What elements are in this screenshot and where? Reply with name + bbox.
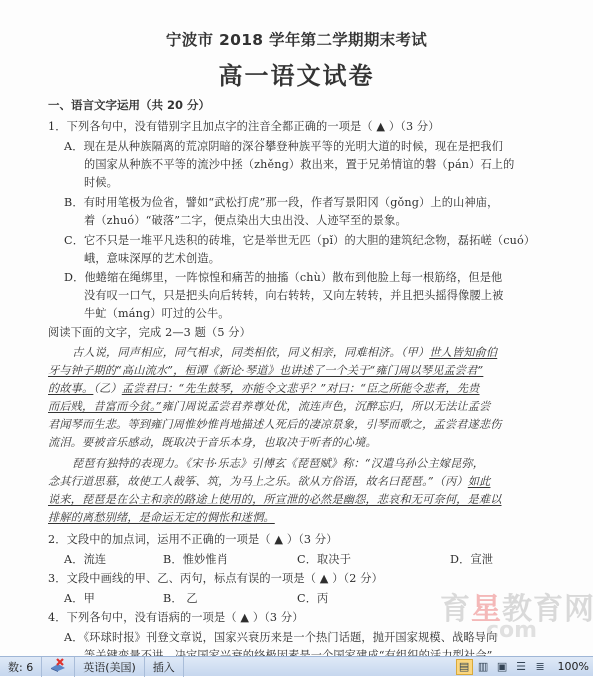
print-layout-icon: ▤: [459, 660, 469, 673]
status-bar: 数: 6 英语(美国) 插入 ▤ ▥ ▣ ☰ ≣ 100%: [0, 656, 593, 676]
q4-stem: 4．下列各句中，没有语病的一项是（ ▲ ）（3 分）: [48, 609, 304, 625]
q3-option-b: B． 乙: [163, 590, 198, 606]
q1-option-a-cont: 的国家从种族不平等的流沙中拯（zhěng）救出来，置于兄弟情谊的磐（pán）石上…: [84, 156, 514, 172]
passage-text: 念其行道思慕，故使工人裁筝、筑，为马上之乐。欲从方俗语，故名曰琵琶。”（丙）: [48, 475, 468, 488]
passage-text: 古人说，同声相应，同气相求，同类相依，同义相亲，同难相济。（甲）: [72, 346, 429, 359]
q4-option-a-cont: 等关键变量不讲，决定国家兴衰的终极因素是一个国家建成“有组织的活力型社会”，: [84, 647, 504, 656]
exam-title: 宁波市 2018 学年第二学期期末考试: [0, 28, 593, 50]
underlined-sentence-jia-end: 的故事。: [48, 382, 93, 395]
label-yi: （乙）: [93, 382, 121, 395]
passage-text: 雍门周说孟尝君养尊处优，流连声色，沉醉忘归，所以无法让孟尝: [162, 400, 491, 413]
q1-option-b-cont: 着（zhuó）“破落”二字，便点染出大虫出没、人迹罕至的景象。: [84, 212, 407, 228]
q1-option-c: C．它不只是一堆平凡迭积的砖堆，它是举世无匹（pǐ）的大胆的建筑纪念物，磊拓嵯（…: [64, 232, 535, 248]
reading-layout-icon: ▥: [478, 660, 488, 673]
q1-option-c-cont: 峨，意味深厚的艺术创造。: [84, 250, 220, 266]
underlined-sentence-jia-cont: 牙与钟子期的“高山流水”，桓谭《新论·琴道》也讲述了一个关于“雍门周以琴见孟尝君…: [48, 362, 483, 378]
q2-stem: 2．文段中的加点词，运用不正确的一项是（ ▲ ）（3 分）: [48, 531, 338, 547]
q2-option-a: A．流连: [64, 551, 106, 567]
passage-line: 君闻琴而生悲。等到雍门周惟妙惟肖地描述人死后的凄凉景象，引琴而歌之，孟尝君遂悲伤: [48, 416, 502, 432]
q1-option-d-cont: 没有叹一口气，只是把头向后转转，向右转转，又向左转转，并且把头摇得像腰上被: [84, 287, 504, 303]
draft-view-button[interactable]: ≣: [532, 659, 549, 675]
outline-icon: ☰: [516, 660, 526, 673]
q1-option-d: D．他蜷缩在绳绑里，一阵惊惶和痛苦的抽搐（chù）散布到他脸上每一根筋络，但是他: [64, 269, 502, 285]
language-indicator[interactable]: 英语(美国): [75, 657, 145, 677]
q3-option-a: A．甲: [64, 590, 95, 606]
draft-icon: ≣: [535, 660, 544, 673]
passage-line: 的故事。（乙）孟尝君曰：“先生鼓琴，亦能令文悲乎？”对曰：“臣之所能令悲者，先贵: [48, 380, 480, 396]
q2-option-b: B．惟妙惟肖: [163, 551, 228, 567]
reading-instruction: 阅读下面的文字，完成 2—3 题（5 分）: [48, 324, 251, 340]
q4-option-a: A．《环球时报》刊登文章说，国家兴衰历来是一个热门话题，抛开国家规模、战略导向: [64, 629, 497, 645]
underlined-sentence-bing-end: 排解的离愁别绪，是命运无定的惆怅和迷惘。: [48, 509, 275, 525]
q1-option-d-cont2: 牛虻（máng）叮过的公牛。: [84, 305, 230, 321]
underlined-sentence-yi: 孟尝君曰：“先生鼓琴，亦能令文悲乎？”对曰：“臣之所能令悲者，先贵: [122, 382, 480, 395]
document-page: 宁波市 2018 学年第二学期期末考试 高一语文试卷 一、语言文字运用（共 20…: [0, 0, 593, 656]
q1-option-a-cont2: 时候。: [84, 174, 118, 190]
insert-mode-indicator[interactable]: 插入: [145, 657, 184, 677]
spellcheck-error-icon: [50, 658, 66, 675]
q1-option-b: B．有时用笔极为俭省，譬如“武松打虎”那一段，作者写景阳冈（gǒng）上的山神庙…: [64, 194, 498, 210]
web-layout-view-button[interactable]: ▣: [494, 659, 511, 675]
outline-view-button[interactable]: ☰: [513, 659, 530, 675]
q3-stem: 3．文段中画线的甲、乙、丙句，标点有误的一项是（ ▲ ）（2 分）: [48, 570, 383, 586]
passage-line: 古人说，同声相应，同气相求，同类相依，同义相亲，同难相济。（甲）世人皆知俞伯: [72, 344, 497, 360]
exam-subtitle: 高一语文试卷: [0, 56, 593, 91]
watermark-url: com: [486, 618, 537, 643]
underlined-sentence-bing-cont: 说来，琵琶是在公主和亲的路途上使用的，所宣泄的必然是幽怨，悲哀和无可奈何，是难以: [48, 491, 502, 507]
passage-line: 流泪。要被音乐感动，既取决于音乐本身，也取决于听者的心境。: [48, 434, 377, 450]
underlined-sentence-jia: 世人皆知俞伯: [429, 346, 497, 359]
section-heading: 一、语言文字运用（共 20 分）: [48, 97, 210, 113]
underlined-sentence-bing: 如此: [468, 475, 491, 488]
full-screen-reading-view-button[interactable]: ▥: [475, 659, 492, 675]
q3-option-c: C．丙: [297, 590, 328, 606]
q1-stem: 1．下列各句中，没有错别字且加点字的注音全都正确的一项是（ ▲ ）（3 分）: [48, 118, 440, 134]
underlined-sentence-yi-end: 而后贱，昔富而今贫。”: [48, 400, 162, 413]
print-layout-view-button[interactable]: ▤: [456, 659, 473, 675]
q2-option-d: D．宣泄: [450, 551, 493, 567]
passage-line: 念其行道思慕，故使工人裁筝、筑，为马上之乐。欲从方俗语，故名曰琵琶。”（丙）如此: [48, 473, 490, 489]
proofing-status[interactable]: [42, 657, 75, 677]
zoom-level[interactable]: 100%: [550, 660, 593, 673]
word-count[interactable]: 数: 6: [0, 657, 42, 677]
watermark-text: 育: [440, 592, 471, 627]
q2-option-c: C．取决于: [297, 551, 351, 567]
passage-line: 琵琶有独特的表现力。《宋书·乐志》引傅玄《琵琶赋》称：“汉遣乌孙公主嫁昆弥，: [72, 455, 484, 471]
web-layout-icon: ▣: [497, 660, 507, 673]
q1-option-a: A．现在是从种族隔离的荒凉阴暗的深谷攀登种族平等的光明大道的时候，现在是把我们: [64, 138, 503, 154]
passage-line: 而后贱，昔富而今贫。”雍门周说孟尝君养尊处优，流连声色，沉醉忘归，所以无法让孟尝: [48, 398, 490, 414]
